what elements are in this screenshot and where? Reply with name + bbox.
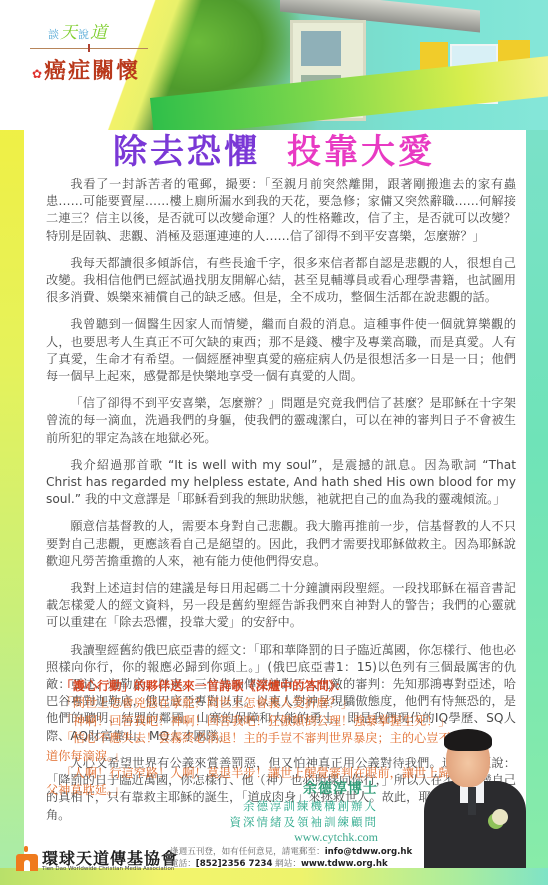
poem-line: 「問世上怎會兇惡在掌舵？問世上怎會義人受折磨？」 [46,695,466,712]
paragraph: 我每天都讀很多傾訴信，有些長逾千字，很多來信者都自認是悲觀的人，很想自己改變。我… [46,255,516,307]
paragraph: 我對上述這封信的建議是每日用起碼二十分鐘讀兩段聖經。一段找耶穌在福音書記載怎樣愛… [46,580,516,632]
paragraph: 我看了一封訴苦者的電郵，撮要：「至親月前突然離開，跟著剛搬進去的家有蟲患……可能… [46,176,516,245]
contact-email-link[interactable]: info@tdww.org.hk [325,847,413,857]
poem-line: 「信心不應失去！雲霧終必消退！主的手豈不審判世界暴戾；主的心豈不知道你每滴淚。」 [46,730,466,765]
title-part-2: 投靠大愛 [287,132,435,172]
org-logo-icon [14,846,38,872]
contact-phone: [852]2356 7234 [196,859,273,869]
contact-info: 逢週五刊登，如有任何意見，請電郵至：info@tdww.org.hk 電話：[8… [170,846,412,870]
poem-line: 「神啊！回答我吧！神啊！回答我吧！狂傲顛倒公理！強暴掌握生死！」 [46,713,466,730]
column-name-main: ✿癌症關懷 [32,54,140,85]
paragraph: 我介紹過那首歌 “It is well with my soul”，是震撼的訊息… [46,457,516,509]
org-name-english: Tien Dao Worldwide Christian Media Assoc… [42,866,174,872]
author-role-2: 資深情緒及領袖訓練顧問 [230,814,379,830]
author-role-1: 余德淳訓練機構創辦人 [230,798,379,814]
footer: 環球天道傳基協會 Tien Dao Worldwide Christian Me… [0,840,548,885]
org-website-link[interactable]: www.tdww.org.hk [301,859,388,869]
column-name-top: 談天說道 [48,18,108,43]
article-title: 除去恐懼投靠大愛 [0,128,548,176]
corsage-icon [492,809,508,825]
paragraph: 願意信基督教的人，需要本身對自己悲觀。我大膽再推前一步，信基督教的人不只要對自己… [46,518,516,570]
tie [468,787,476,815]
poem-heading: 「護心行動」的夥伴送來一首詩歌《深爐中的答問》： [46,678,466,695]
flower-icon: ✿ [32,67,44,81]
author-name: 余德淳博士 [230,778,379,798]
column-logo: 談天說道 ✿癌症關懷 [28,18,158,98]
header-banner: 談天說道 ✿癌症關懷 [0,0,548,130]
paragraph: 我曾聽到一個醫生因家人而情變，繼而自殺的消息。這種事件使一個就算樂觀的人，也要思… [46,316,516,385]
title-part-1: 除去恐懼 [113,132,261,172]
paragraph: 「信了卻得不到平安喜樂，怎麼辦？」問題是究竟我們信了甚麼？是耶穌在十字架曾流的每… [46,395,516,447]
logo-divider-tick [88,44,90,52]
author-info: 余德淳博士 余德淳訓練機構創辦人 資深情緒及領袖訓練顧問 www.cytchk.… [230,778,379,845]
